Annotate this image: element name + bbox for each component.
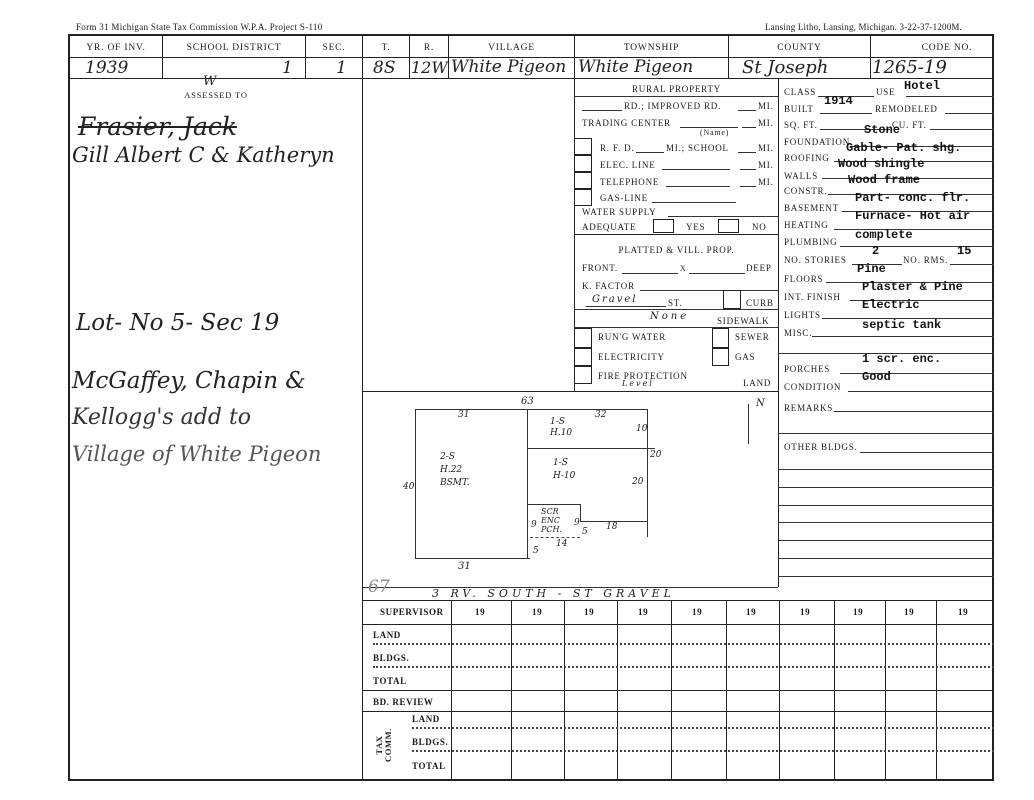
dim-18: 18 [606, 522, 617, 532]
label-yes: YES [686, 222, 705, 232]
row-label-total: TOTAL [373, 676, 407, 686]
col-div [726, 600, 727, 781]
valuation-header-bottom [362, 624, 994, 625]
col-div [779, 600, 780, 781]
telephone-mi-field[interactable] [740, 186, 756, 187]
label-constr: CONSTR. [784, 186, 827, 196]
label-no-stories: NO. STORIES [784, 255, 847, 265]
label-t: T. [363, 43, 409, 53]
col-div [574, 35, 575, 79]
dim-9: 9 [574, 518, 580, 528]
label-x: x [680, 264, 687, 273]
rear-lower-stories: 1-S [553, 458, 568, 468]
year-col-5[interactable]: 19 [692, 607, 702, 617]
value-roofing[interactable]: Gable- Pat. shg. [846, 141, 961, 155]
value-basement[interactable]: Part- conc. flr. [855, 191, 970, 205]
dim-14: 14 [556, 539, 567, 549]
checkbox-rfd[interactable] [574, 138, 592, 155]
tc-land-row-line[interactable] [412, 727, 994, 729]
checkbox-adequate-no[interactable] [718, 219, 739, 233]
form-title: Form 31 Michigan State Tax Commission W.… [76, 22, 323, 32]
valuation-row-divider [362, 690, 994, 691]
row-label-tc-total: TOTAL [412, 761, 446, 771]
label-roofing: ROOFING [784, 153, 830, 163]
other-bldgs-line[interactable] [778, 522, 994, 523]
col-div [511, 600, 512, 781]
value-yr-of-inv[interactable]: 1939 [85, 58, 128, 78]
other-bldgs-line[interactable] [778, 469, 994, 470]
checkbox-telephone[interactable] [574, 172, 592, 189]
tc-bldgs-row-line[interactable] [412, 750, 994, 752]
legal-desc-line-3[interactable]: Kellogg's add to [72, 405, 251, 430]
left-column-divider [362, 78, 363, 781]
former-owner-struck[interactable]: Frasier, Jack [78, 112, 237, 141]
sketch-dashed [530, 537, 580, 538]
rear-upper-height: H.10 [550, 428, 572, 438]
label-floors: FLOORS [784, 274, 823, 284]
value-code-no[interactable]: 1265-19 [872, 57, 947, 78]
condition-field[interactable] [848, 391, 994, 392]
dim-30: 20 [650, 450, 661, 460]
dim-40: 40 [403, 482, 414, 492]
name-hint: (Name) [700, 128, 729, 137]
col-div [834, 600, 835, 781]
rural-title: RURAL PROPERTY [575, 84, 778, 94]
row-label-bldgs: BLDGS. [373, 653, 409, 663]
label-use: USE [876, 87, 895, 97]
printer-credit: Lansing Litho, Lansing, Michigan. 3-22-3… [765, 22, 962, 32]
value-sec[interactable]: 1 [336, 58, 347, 78]
dim-20: 20 [632, 477, 643, 487]
valuation-top [362, 600, 994, 601]
value-lights[interactable]: Electric [862, 298, 920, 312]
col-div [564, 600, 565, 781]
rear-upper-stories: 1-S [550, 417, 565, 427]
label-sewer: SEWER [735, 332, 770, 342]
sketch-top-border [362, 391, 778, 392]
label-basement: BASEMENT [784, 203, 839, 213]
label-condition: CONDITION [784, 382, 841, 392]
label-township: TOWNSHIP [575, 43, 728, 53]
value-plumbing[interactable]: complete [855, 228, 913, 242]
label-built: BUILT [784, 104, 814, 114]
value-foundation[interactable]: Stone [864, 123, 900, 137]
label-gas: GAS [735, 352, 755, 362]
col-div [885, 600, 886, 781]
remodeled-field[interactable] [945, 113, 994, 114]
row-label-tc-bldgs: BLDGS. [412, 737, 448, 747]
porch-label: PCH. [541, 525, 562, 534]
label-st: ST. [668, 298, 683, 308]
built-field[interactable] [820, 113, 872, 114]
year-col-7[interactable]: 19 [800, 607, 810, 617]
label-lights: LIGHTS [784, 310, 821, 320]
value-walls[interactable]: Wood shingle [838, 157, 924, 171]
label-mi: MI. [758, 160, 774, 170]
label-misc: MISC. [784, 328, 812, 338]
improved-rd-mi-field[interactable] [738, 110, 756, 111]
value-built[interactable]: 1914 [824, 94, 853, 108]
col-div [728, 35, 729, 79]
elec-line-mi-field[interactable] [740, 169, 756, 170]
blank [582, 110, 622, 111]
other-bldgs-line[interactable] [778, 540, 994, 541]
sketch-edge [415, 409, 416, 559]
label-remodeled: REMODELED [875, 104, 938, 114]
other-bldgs-field[interactable] [860, 452, 994, 453]
value-village[interactable]: White Pigeon [451, 57, 566, 77]
label-mi-school: MI.; SCHOOL [666, 143, 729, 153]
dim-10: 10 [636, 424, 647, 434]
label-elec-line: ELEC. LINE [600, 160, 656, 170]
street-note: 3 RV. SOUTH - ST GRAVEL [432, 587, 675, 600]
year-col-2[interactable]: 19 [532, 607, 542, 617]
main-block-height: H.22 [440, 465, 462, 475]
label-porches: PORCHES [784, 364, 830, 374]
value-heating[interactable]: Furnace- Hot air [855, 209, 970, 223]
dim-31-top: 31 [458, 410, 469, 420]
label-class: CLASS [784, 87, 816, 97]
label-foundation: FOUNDATION [784, 137, 850, 147]
value-misc[interactable]: septic tank [862, 318, 941, 332]
value-no-stories[interactable]: 2 [872, 244, 879, 258]
sketch-edge [415, 558, 530, 559]
divider [778, 433, 994, 434]
front-field[interactable] [622, 273, 678, 274]
label-adequate: ADEQUATE [582, 222, 636, 232]
value-int-finish[interactable]: Plaster & Pine [862, 280, 963, 294]
dim-5: 5 [582, 527, 588, 537]
remarks-field[interactable] [834, 411, 994, 412]
cu-ft-field[interactable] [930, 129, 994, 130]
valuation-row-divider [362, 711, 994, 712]
legal-desc-line-4[interactable]: Village of White Pigeon [72, 442, 321, 466]
divider [574, 309, 778, 310]
other-bldgs-line[interactable] [778, 576, 994, 577]
col-div [870, 35, 871, 79]
label-rung-water: RUN'G WATER [598, 332, 666, 342]
other-bldgs-line[interactable] [778, 558, 994, 559]
checkbox-elec-line[interactable] [574, 155, 592, 172]
value-t[interactable]: 8S [373, 58, 395, 78]
label-gas-line: GAS-LINE [600, 193, 648, 203]
use-field[interactable] [906, 96, 994, 97]
label-electricity: ELECTRICITY [598, 352, 665, 362]
year-col-8[interactable]: 19 [853, 607, 863, 617]
value-porches[interactable]: 1 scr. enc. [862, 352, 941, 366]
label-curb: CURB [746, 298, 774, 308]
legal-desc-line-1[interactable]: Lot- No 5- Sec 19 [76, 310, 279, 336]
label-mi: MI. [758, 143, 774, 153]
col-div [162, 35, 163, 79]
sketch-edge [580, 504, 581, 521]
col-div [409, 35, 410, 79]
divider [574, 96, 778, 97]
label-rfd: R. F. D. [600, 143, 634, 153]
water-supply-field[interactable] [668, 216, 778, 217]
misc-field[interactable] [812, 336, 994, 337]
year-col-9[interactable]: 19 [904, 607, 914, 617]
building-column-divider [778, 78, 779, 587]
sketch-edge [527, 409, 528, 559]
col-div [671, 600, 672, 781]
dim-5: 5 [533, 546, 539, 556]
col-div [617, 600, 618, 781]
platted-title: PLATTED & VILL. PROP. [575, 245, 778, 255]
label-deep: DEEP [746, 263, 772, 273]
label-sec: SEC. [306, 43, 362, 53]
dim-31-bottom: 31 [458, 561, 471, 572]
value-r[interactable]: 12W [411, 58, 448, 77]
bldgs-row-line[interactable] [373, 666, 994, 668]
porch-label: SCR [541, 507, 559, 516]
north-label: N [756, 398, 765, 409]
label-assessed-to: ASSESSED TO [70, 90, 362, 100]
porch-label: ENC [541, 516, 560, 525]
value-county[interactable]: St Joseph [742, 57, 828, 78]
label-mi: MI. [758, 101, 774, 111]
label-supervisor: SUPERVISOR [380, 607, 444, 617]
sidewalk-value[interactable]: None [650, 311, 689, 322]
row-label-tax-comm: TAX COMM. [375, 723, 393, 767]
label-int-finish: INT. FINISH [784, 292, 841, 302]
value-use[interactable]: Hotel [904, 79, 940, 93]
year-col-6[interactable]: 19 [746, 607, 756, 617]
trading-center-mi-field[interactable] [742, 127, 756, 128]
divider [574, 327, 778, 328]
checkbox-curb[interactable] [723, 290, 741, 309]
label-front: FRONT. [582, 263, 618, 273]
other-bldgs-line[interactable] [778, 505, 994, 506]
no-rms-field[interactable] [950, 264, 994, 265]
checkbox-rung-water[interactable] [574, 328, 592, 348]
row-label-bd-review: BD. REVIEW [373, 697, 434, 707]
telephone-field[interactable] [666, 186, 730, 187]
col-div [362, 35, 363, 79]
sketch-edge [528, 504, 580, 505]
school-mi-field[interactable] [738, 152, 756, 153]
label-mi: MI. [758, 177, 774, 187]
year-col-1[interactable]: 19 [475, 607, 485, 617]
label-plumbing: PLUMBING [784, 237, 837, 247]
year-col-10[interactable]: 19 [958, 607, 968, 617]
label-trading-center: TRADING CENTER [582, 118, 671, 128]
sketch-edge [415, 409, 648, 410]
label-heating: HEATING [784, 220, 829, 230]
lot-mark: 67 [368, 577, 390, 597]
gas-line-field[interactable] [652, 202, 736, 203]
street-field-line [586, 306, 666, 307]
legal-desc-line-2[interactable]: McGaffey, Chapin & [72, 368, 306, 394]
label-improved-rd: RD.; IMPROVED RD. [624, 101, 721, 111]
label-code-no: CODE NO. [871, 43, 993, 53]
dim-9: 9 [531, 520, 537, 530]
col-div [448, 35, 449, 79]
value-floors[interactable]: Pine [857, 262, 886, 276]
col-div [451, 600, 452, 781]
value-condition[interactable]: Good [862, 370, 891, 384]
value-constr[interactable]: Wood frame [848, 173, 920, 187]
checkbox-electricity[interactable] [574, 348, 592, 366]
main-block-stories: 2-S [440, 452, 455, 462]
checkbox-fire-protection[interactable] [574, 366, 592, 384]
dim-63: 63 [521, 396, 534, 407]
label-no: NO [752, 222, 767, 232]
fire-protection-value[interactable]: Level [622, 379, 654, 388]
land-row-line[interactable] [373, 643, 994, 645]
value-school-district[interactable]: 1 [282, 58, 293, 78]
year-col-4[interactable]: 19 [638, 607, 648, 617]
deep-field[interactable] [689, 273, 745, 274]
label-sq-ft: SQ. FT. [784, 120, 818, 130]
elec-line-field[interactable] [662, 169, 730, 170]
divider [574, 234, 778, 235]
label-water-supply: WATER SUPPLY [582, 207, 656, 217]
label-telephone: TELEPHONE [600, 177, 659, 187]
row-label-tc-land: LAND [412, 714, 440, 724]
value-township[interactable]: White Pigeon [578, 57, 693, 77]
sketch-edge [528, 448, 655, 449]
year-col-3[interactable]: 19 [584, 607, 594, 617]
label-land: LAND [743, 378, 771, 388]
north-arrow-icon [748, 404, 749, 444]
checkbox-gas[interactable] [712, 348, 729, 366]
label-r: R. [410, 43, 448, 53]
row-label-land: LAND [373, 630, 401, 640]
main-block-basement: BSMT. [440, 478, 470, 488]
dim-32: 32 [595, 410, 606, 420]
label-mi: MI. [758, 118, 774, 128]
other-bldgs-line[interactable] [778, 487, 994, 488]
rear-lower-height: H-10 [553, 471, 575, 481]
checkbox-sewer[interactable] [712, 328, 729, 348]
label-other-bldgs: OTHER BLDGS. [784, 442, 858, 452]
street-value[interactable]: Gravel [592, 294, 638, 305]
col-div [936, 600, 937, 781]
label-no-rms: NO. RMS. [903, 255, 948, 265]
owner-name[interactable]: Gill Albert C & Katheryn [72, 143, 335, 167]
label-yr-of-inv: YR. OF INV. [70, 43, 162, 53]
k-factor-field[interactable] [640, 290, 778, 291]
note-mark: W [203, 74, 216, 89]
label-county: COUNTY [729, 43, 870, 53]
label-remarks: REMARKS [784, 403, 833, 413]
checkbox-adequate-yes[interactable] [653, 219, 674, 233]
label-sidewalk: SIDEWALK [717, 316, 769, 326]
checkbox-gas-line[interactable] [574, 189, 592, 206]
rfd-field[interactable] [636, 152, 664, 153]
label-walls: WALLS [784, 171, 818, 181]
label-school-district: SCHOOL DISTRICT [163, 43, 305, 53]
label-village: VILLAGE [449, 43, 574, 53]
col-div [305, 35, 306, 79]
label-k-factor: K. FACTOR [582, 281, 635, 291]
value-no-rms[interactable]: 15 [957, 244, 971, 258]
